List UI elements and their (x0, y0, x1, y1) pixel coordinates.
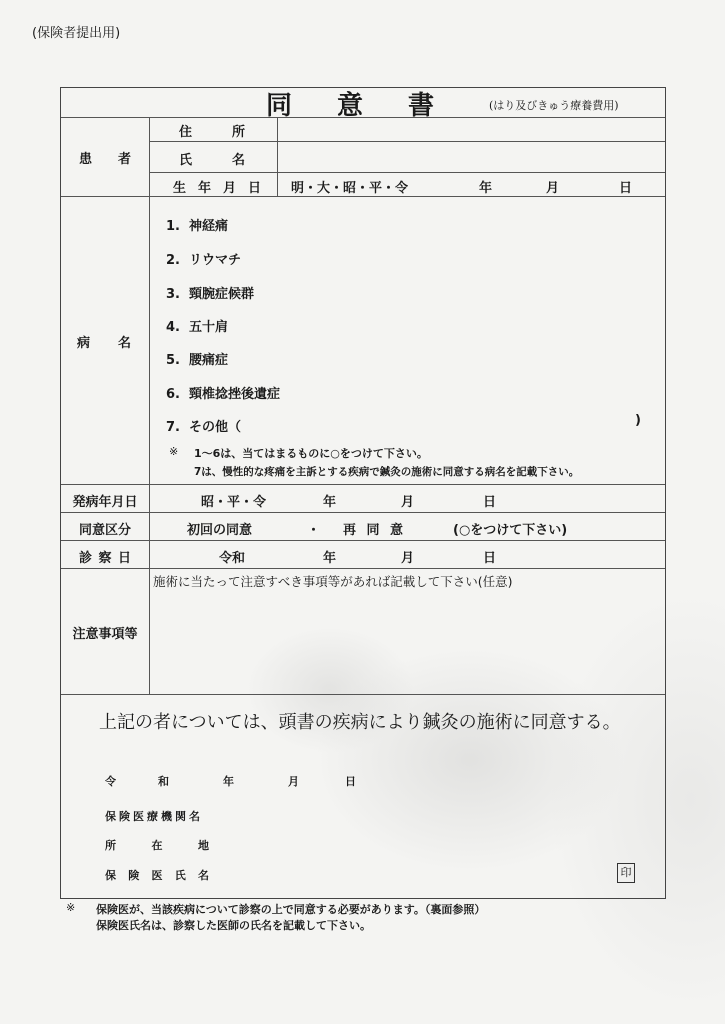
divider (61, 540, 665, 541)
option-label: 頸腕症候群 (189, 287, 254, 302)
option-label: リウマチ (189, 253, 241, 268)
option-number: 5. (166, 353, 180, 368)
divider (61, 512, 665, 513)
label-char: 病 (77, 332, 90, 351)
divider (61, 694, 665, 695)
divider (61, 484, 665, 485)
title-char: 書 (408, 85, 434, 122)
consent-form: 同 意 書 (はり及びきゅう療養費用) 患 者 住 所 氏 名 生 年 月 日 … (60, 87, 666, 899)
patient-name-field[interactable] (283, 143, 661, 171)
divider (149, 172, 665, 173)
name-label: 氏 名 (179, 149, 245, 168)
disease-option-6[interactable]: 6. 頸椎捻挫後遺症 (166, 383, 280, 402)
label-char: 険 (128, 867, 139, 883)
notes-field[interactable] (153, 592, 661, 690)
patient-section-label: 患 者 (79, 148, 131, 167)
date-char: 和 (158, 773, 169, 789)
label-char: 氏 (179, 149, 192, 168)
option-number: 4. (166, 320, 180, 335)
consent-instruction: (○をつけて下さい) (453, 519, 567, 538)
consent-statement: 上記の者については、頭書の疾病により鍼灸の施術に同意する。 (99, 708, 621, 734)
label-char: 所 (232, 121, 245, 140)
other-disease-field[interactable] (253, 415, 629, 433)
option-number: 1. (166, 219, 180, 234)
option-label: 五十肩 (189, 320, 228, 335)
disease-option-5[interactable]: 5. 腰痛症 (166, 349, 228, 368)
disease-section-label: 病 名 (77, 332, 131, 351)
doctor-name-field[interactable] (221, 863, 601, 883)
location-label: 所 在 地 (105, 837, 209, 853)
onset-era-options[interactable]: 昭・平・令 (201, 491, 266, 510)
label-char: 者 (118, 148, 131, 167)
option-label: 頸椎捻挫後遺症 (189, 387, 280, 402)
disease-note-line1: 1～6は、当てはまるものに○をつけて下さい。 (194, 445, 428, 461)
consent-option-repeat[interactable]: 再 同 意 (343, 519, 403, 538)
consent-type-label: 同意区分 (65, 519, 145, 538)
label-char: 年 (198, 177, 211, 196)
divider (61, 196, 665, 197)
exam-month-unit: 月 (401, 547, 414, 566)
note-mark: ※ (169, 445, 178, 458)
label-char: 保 (105, 867, 116, 883)
exam-day-unit: 日 (483, 547, 496, 566)
divider (277, 117, 278, 196)
label-char: 生 (173, 177, 186, 196)
option-number: 7. (166, 420, 180, 435)
notes-instruction: 施術に当たって注意すべき事項等があれば記載して下さい(任意) (153, 572, 513, 590)
label-char: 在 (152, 837, 163, 853)
date-char: 令 (105, 773, 116, 789)
title-char: 同 (266, 85, 292, 122)
footer-note-mark: ※ (66, 901, 75, 914)
title-char: 意 (337, 85, 363, 122)
disease-note-line2: 7は、慢性的な疼痛を主訴とする疾病で鍼灸の施術に同意する病名を記載下さい。 (194, 464, 579, 479)
label-char: 地 (198, 837, 209, 853)
label-char: 医 (152, 867, 163, 883)
disease-option-4[interactable]: 4. 五十肩 (166, 316, 228, 335)
institution-name-label: 保険医療機関名 (105, 808, 203, 824)
disease-option-3[interactable]: 3. 頸腕症候群 (166, 283, 254, 302)
exam-date-label: 診 察 日 (65, 547, 145, 566)
option-label: 腰痛症 (189, 353, 228, 368)
option-label: その他（ (189, 420, 241, 435)
label-char: 住 (179, 121, 192, 140)
birthdate-year-unit: 年 (479, 177, 492, 196)
institution-name-field[interactable] (221, 804, 641, 824)
date-char: 日 (345, 773, 356, 789)
form-title: 同 意 書 (266, 85, 434, 122)
divider (61, 568, 665, 569)
disease-option-1[interactable]: 1. 神経痛 (166, 215, 228, 234)
birthdate-month-unit: 月 (546, 177, 559, 196)
label-char: 氏 (175, 867, 186, 883)
label-char: 患 (79, 148, 92, 167)
label-char: 月 (223, 177, 236, 196)
label-char: 名 (118, 332, 131, 351)
form-subtitle: (はり及びきゅう療養費用) (489, 97, 619, 113)
address-field[interactable] (283, 118, 661, 140)
seal-mark[interactable]: 印 (617, 863, 635, 883)
birthdate-label: 生 年 月 日 (173, 177, 261, 196)
option-label: 神経痛 (189, 219, 228, 234)
exam-date-era: 令和 (219, 547, 245, 566)
label-char: 名 (232, 149, 245, 168)
birthdate-era-options[interactable]: 明・大・昭・平・令 (291, 177, 408, 196)
date-char: 月 (288, 773, 299, 789)
divider (149, 117, 150, 694)
onset-date-label: 発病年月日 (65, 491, 145, 510)
disease-option-7[interactable]: 7. その他（ (166, 416, 241, 435)
option-number: 2. (166, 253, 180, 268)
other-close-paren: ) (635, 413, 641, 428)
label-char: 日 (248, 177, 261, 196)
location-field[interactable] (221, 833, 641, 853)
divider (149, 141, 665, 142)
option-number: 3. (166, 287, 180, 302)
footer-note-line2: 保険医氏名は、診察した医師の氏名を記載して下さい。 (96, 917, 371, 933)
copy-designation-label: (保険者提出用) (32, 22, 120, 41)
onset-year-unit: 年 (323, 491, 336, 510)
consent-option-first[interactable]: 初回の同意 (187, 519, 252, 538)
option-number: 6. (166, 387, 180, 402)
address-label: 住 所 (179, 121, 245, 140)
doctor-name-label: 保 険 医 氏 名 (105, 867, 209, 883)
onset-month-unit: 月 (401, 491, 414, 510)
consent-separator: ・ (307, 519, 320, 538)
exam-year-unit: 年 (323, 547, 336, 566)
onset-day-unit: 日 (483, 491, 496, 510)
label-char: 所 (105, 837, 116, 853)
footer-note-line1: 保険医が、当該疾病について診察の上で同意する必要があります。（裏面参照） (96, 901, 485, 917)
notes-label: 注意事項等 (65, 623, 145, 642)
label-char: 名 (198, 867, 209, 883)
birthdate-day-unit: 日 (619, 177, 632, 196)
disease-option-2[interactable]: 2. リウマチ (166, 249, 241, 268)
date-char: 年 (223, 773, 234, 789)
